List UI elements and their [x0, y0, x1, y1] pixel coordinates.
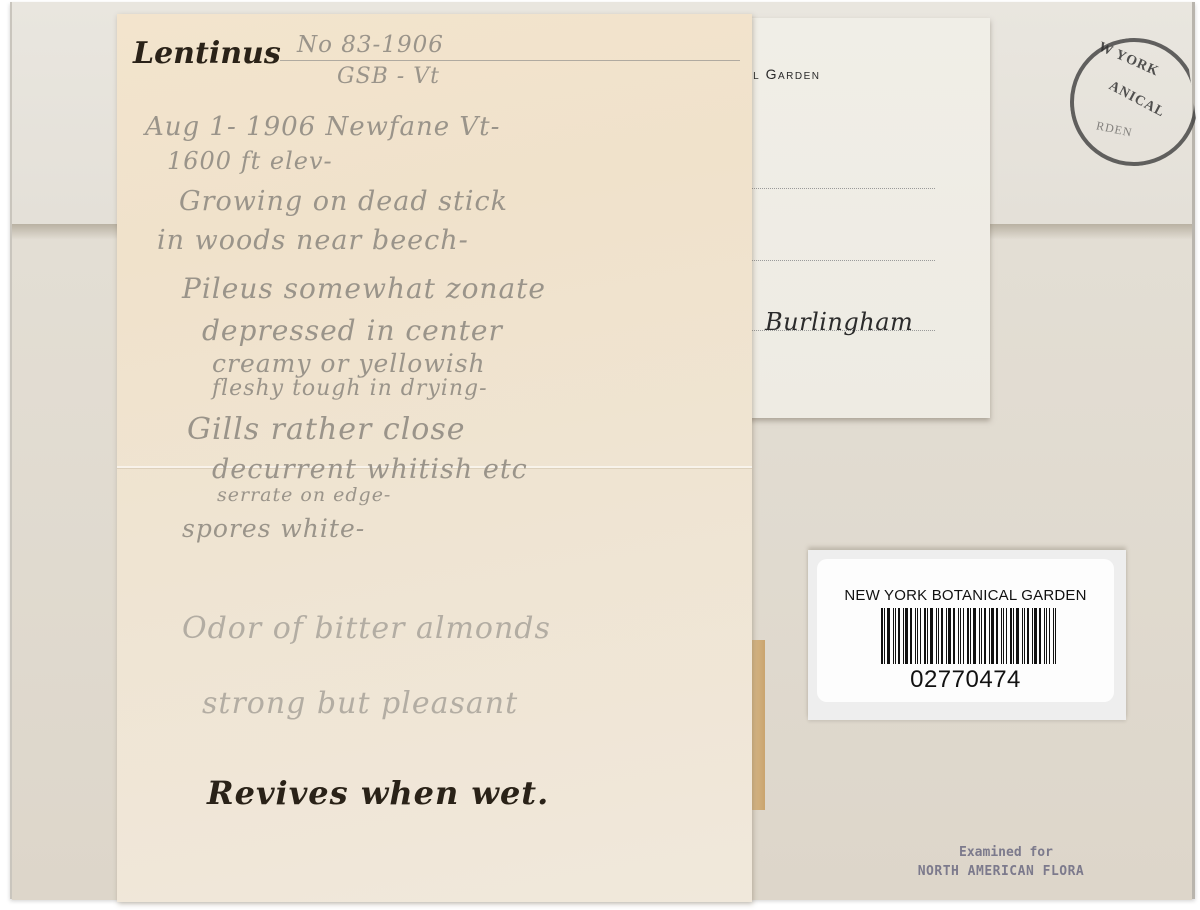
note-paper-tab — [752, 640, 765, 810]
barcode-bar — [948, 608, 951, 664]
barcode-bar — [970, 608, 971, 664]
note-line: Gills rather close — [187, 412, 466, 447]
barcode-bar — [936, 608, 937, 664]
note-line: 1600 ft elev- — [167, 147, 333, 175]
barcode-bar — [887, 608, 890, 664]
barcode-bar — [1001, 608, 1002, 664]
note-line: creamy or yellowish — [212, 349, 486, 378]
barcode-bar — [924, 608, 926, 664]
examined-stamp: Examined for NORTH AMERICAN FLORA — [906, 845, 1096, 879]
barcode-bar — [1013, 608, 1014, 664]
barcode-bar — [905, 608, 908, 664]
barcode-bar — [953, 608, 955, 664]
barcode-bar — [1044, 608, 1045, 664]
note-line: spores white- — [182, 514, 365, 543]
barcode-bar — [881, 608, 883, 664]
examined-stamp-line-1: Examined for — [916, 845, 1096, 860]
barcode-bar — [917, 608, 918, 664]
note-line: Aug 1- 1906 Newfane Vt- — [145, 112, 500, 142]
barcode-bar — [1010, 608, 1012, 664]
note-line: strong but pleasant — [202, 686, 518, 721]
barcode-bar — [981, 608, 982, 664]
barcode-label: NEW YORK BOTANICAL GARDEN 02770474 — [808, 550, 1126, 720]
barcode-bar — [915, 608, 916, 664]
barcode-bar — [1053, 608, 1054, 664]
barcode-bar — [1024, 608, 1025, 664]
barcode-institution: NEW YORK BOTANICAL GARDEN — [817, 587, 1114, 604]
note-line: fleshy tough in drying- — [212, 376, 488, 401]
barcode-bar — [1003, 608, 1004, 664]
note-line: Odor of bitter almonds — [182, 611, 551, 646]
barcode-bar — [1039, 608, 1041, 664]
determination-label: al Garden Burlingham — [745, 18, 990, 418]
barcode-bar — [927, 608, 928, 664]
note-line: decurrent whitish etc — [212, 454, 528, 485]
dotted-rule — [750, 188, 935, 189]
barcode-bar — [910, 608, 912, 664]
collection-number-rule — [280, 60, 740, 61]
barcode-icon — [881, 608, 1061, 664]
barcode-bar — [1034, 608, 1037, 664]
barcode-bar — [991, 608, 994, 664]
note-line: serrate on edge- — [217, 484, 391, 506]
barcode-bar — [1032, 608, 1033, 664]
barcode-bar — [1027, 608, 1029, 664]
barcode-bar — [1049, 608, 1050, 664]
barcode-bar — [963, 608, 964, 664]
examined-stamp-line-2: NORTH AMERICAN FLORA — [906, 864, 1096, 879]
barcode-bar — [996, 608, 998, 664]
genus-name: Lentinus — [133, 36, 281, 71]
barcode-bar — [984, 608, 986, 664]
barcode-bar — [967, 608, 969, 664]
barcode-bar — [920, 608, 921, 664]
determination-label-header: al Garden — [745, 66, 821, 82]
barcode-bar — [1016, 608, 1019, 664]
barcode-bar — [1006, 608, 1007, 664]
barcode-bar — [973, 608, 976, 664]
barcode-bar — [938, 608, 939, 664]
barcode-bar — [958, 608, 959, 664]
barcode-bar — [893, 608, 894, 664]
collector-initials: GSB - Vt — [337, 64, 440, 89]
barcode-bar — [989, 608, 990, 664]
dotted-rule — [750, 260, 935, 261]
barcode-bar — [979, 608, 980, 664]
barcode-bar — [960, 608, 961, 664]
barcode-bar — [946, 608, 947, 664]
note-line: in woods near beech- — [157, 225, 469, 256]
barcode-bar — [895, 608, 896, 664]
field-note: Lentinus No 83-1906 GSB - Vt Aug 1- 1906… — [117, 14, 752, 902]
barcode-bar — [1022, 608, 1023, 664]
catalog-number: 02770474 — [817, 666, 1114, 694]
note-line: Pileus somewhat zonate — [182, 272, 546, 305]
note-line: depressed in center — [202, 314, 503, 347]
collection-number: No 83-1906 — [297, 32, 444, 58]
barcode-label-inner: NEW YORK BOTANICAL GARDEN 02770474 — [817, 559, 1114, 702]
barcode-bar — [930, 608, 933, 664]
barcode-bar — [884, 608, 885, 664]
barcode-bar — [1046, 608, 1047, 664]
collector-name: Burlingham — [765, 308, 913, 336]
barcode-bar — [898, 608, 900, 664]
note-line-ink: Revives when wet. — [207, 774, 549, 812]
barcode-bar — [903, 608, 904, 664]
barcode-bar — [941, 608, 943, 664]
note-line: Growing on dead stick — [179, 186, 508, 217]
barcode-bar — [1055, 608, 1056, 664]
